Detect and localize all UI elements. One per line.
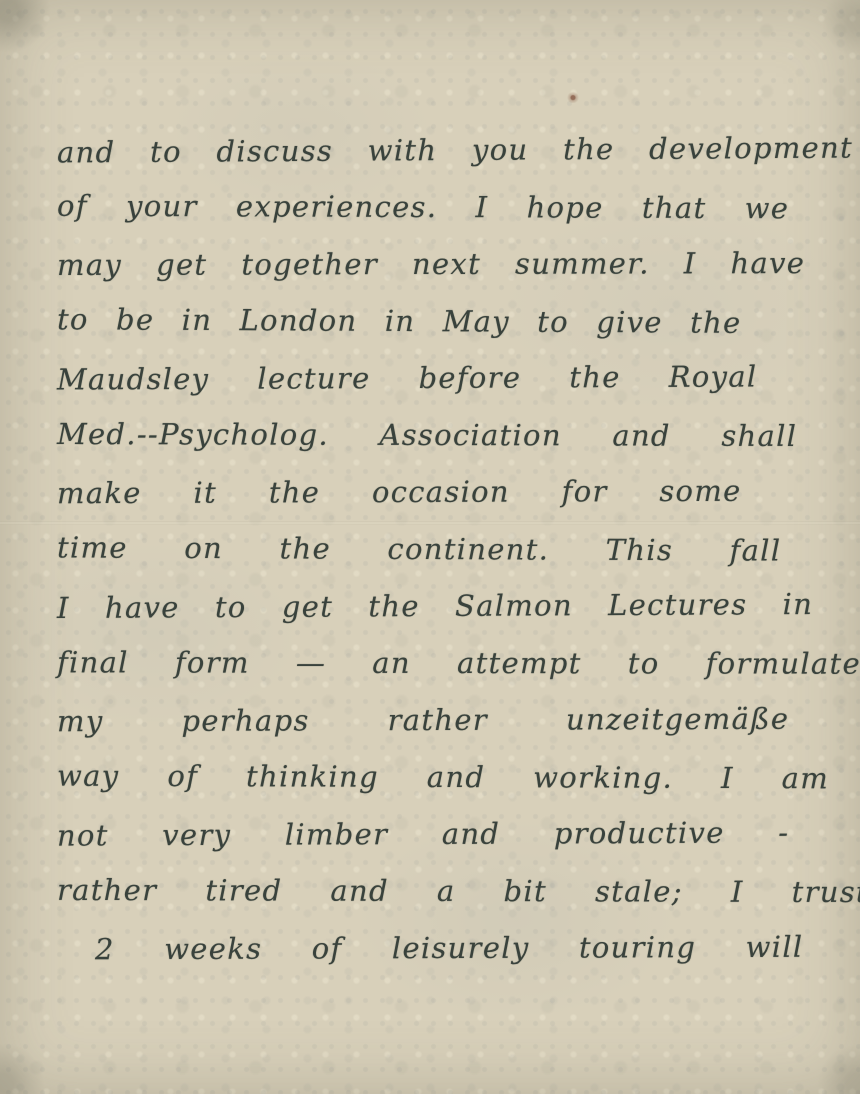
letter-line: way of thinking and working. I am — [57, 748, 829, 808]
letter-line: my perhaps rather unzeitgemäße — [57, 691, 790, 751]
letter-body: and to discuss with you the development … — [57, 122, 853, 977]
letter-line: 2 weeks of leisurely touring will — [95, 919, 804, 978]
letter-line: time on the continent. This fall — [57, 519, 782, 579]
letter-line: final form — an attempt to formulate — [57, 634, 860, 692]
letter-line: Maudsley lecture before the Royal — [57, 348, 758, 408]
letter-line: rather tired and a bit stale; I trust — [57, 862, 860, 921]
letter-line: Med.--Psycholog. Association and shall — [57, 406, 797, 465]
ink-speck — [566, 91, 580, 103]
letter-line: and to discuss with you the development — [57, 120, 853, 182]
letter-line: not very limber and productive - — [57, 804, 790, 864]
letter-line: may get together next summer. I have — [57, 235, 805, 294]
letter-line: of your experiences. I hope that we — [57, 178, 790, 238]
letter-line: make it the occasion for some — [57, 463, 742, 522]
letter-line: to be in London in May to give the — [57, 291, 742, 352]
letter-page: and to discuss with you the development … — [0, 0, 860, 1094]
letter-line: I have to get the Salmon Lectures in — [57, 576, 813, 637]
